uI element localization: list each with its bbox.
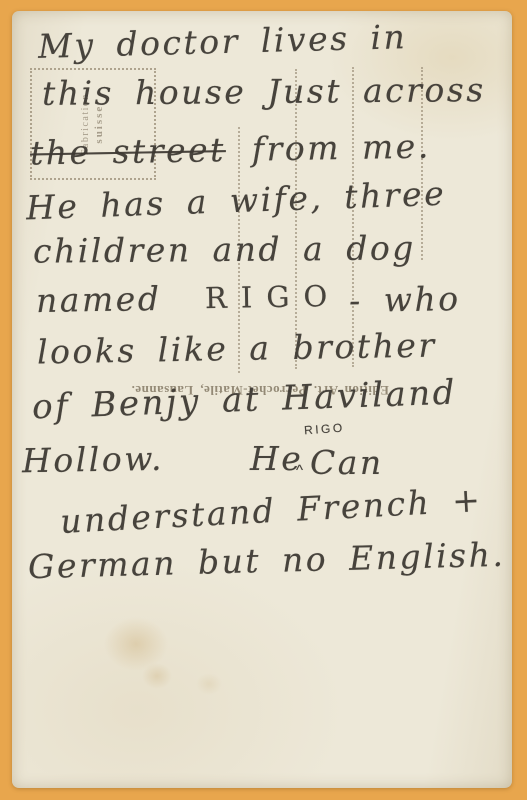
- stain-mark-faint: [196, 673, 222, 695]
- handwritten-line-3-rest: from me.: [251, 127, 431, 169]
- handwritten-line-10: understand French +: [59, 483, 483, 538]
- struck-words: the street: [30, 130, 226, 172]
- insertion-caret: ^: [296, 463, 306, 478]
- handwritten-line-5: children and a dog: [33, 231, 416, 267]
- inserted-word: RIGO: [304, 422, 345, 437]
- handwritten-line-3: the streetfrom me.: [30, 130, 431, 170]
- handwritten-line-2: this house Just across: [42, 73, 486, 110]
- handwritten-line-9-word1: Hollow.: [22, 442, 165, 477]
- handwritten-line-8: of Benjy at Haviland: [32, 376, 458, 425]
- handwritten-line-7: looks like a brother: [37, 329, 437, 369]
- handwritten-line-11: German but no English.: [28, 538, 506, 583]
- stain-mark-small: [142, 663, 172, 689]
- handwritten-line-4: He has a wife, three: [26, 177, 447, 225]
- handwritten-line-9-word3: Can: [310, 446, 384, 479]
- handwritten-line-1: My doctor lives in: [38, 20, 408, 63]
- postcard-back: Fabrication suisse Edition Art. Perroche…: [12, 11, 512, 788]
- photo-background: { "postcard": { "stamp_box": { "line1": …: [0, 0, 527, 800]
- handwritten-line-6-post: - who: [349, 282, 461, 317]
- address-dotted-line-2: [295, 69, 297, 369]
- dog-name: RIGO: [205, 282, 342, 313]
- handwritten-line-6-pre: named: [36, 282, 162, 317]
- address-dotted-line-3: [352, 67, 354, 367]
